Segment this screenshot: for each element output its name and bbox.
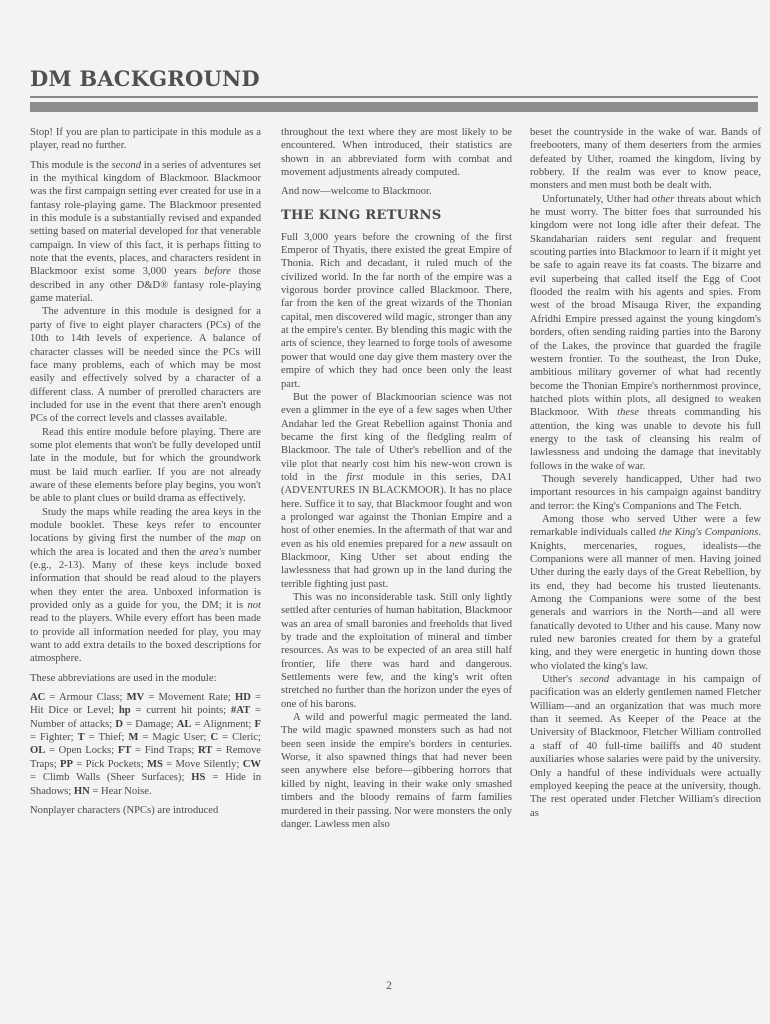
abbreviation-code: C [210, 732, 218, 743]
paragraph-thonia: Full 3,000 years before the crowning of … [281, 231, 512, 391]
abbreviation-meaning: = current hit points; [131, 705, 231, 716]
header-rule-thin [30, 96, 758, 98]
abbreviation-meaning: = Movement Rate; [144, 692, 235, 703]
abbreviation-code: M [128, 732, 138, 743]
abbreviation-entry: PP = Pick Pockets; [60, 759, 147, 770]
abbreviation-code: PP [60, 759, 73, 770]
abbreviation-meaning: = Cleric; [218, 732, 261, 743]
column-left: Stop! If you are plan to participate in … [30, 126, 261, 817]
abbreviation-meaning: = Damage; [123, 719, 177, 730]
abbreviation-code: HS [191, 772, 205, 783]
abbreviation-entry: C = Cleric; [210, 732, 261, 743]
paragraph-fletcher-william: Uther's second advantage in his campaign… [530, 673, 761, 820]
abbreviation-code: T [78, 732, 85, 743]
abbreviation-code: OL [30, 745, 45, 756]
abbreviation-entry: HN = Hear Noise. [74, 786, 152, 797]
abbreviation-code: AL [177, 719, 192, 730]
abbreviation-entry: OL = Open Locks; [30, 745, 118, 756]
abbreviation-code: HN [74, 786, 90, 797]
paragraph-companions: Among those who served Uther were a few … [530, 513, 761, 673]
abbreviation-code: AC [30, 692, 45, 703]
paragraph-npcs: Nonplayer characters (NPCs) are introduc… [30, 804, 261, 817]
abbreviation-entry: D = Damage; [115, 719, 176, 730]
paragraph-rebellion: But the power of Blackmoorian science wa… [281, 391, 512, 591]
abbreviation-meaning: = Move Silently; [163, 759, 243, 770]
abbreviation-meaning: = Hear Noise. [90, 786, 152, 797]
abbreviation-code: F [255, 719, 261, 730]
column-middle: throughout the text where they are most … [281, 126, 512, 831]
paragraph-task: This was no inconsiderable task. Still o… [281, 591, 512, 711]
paragraph-npc-stats: throughout the text where they are most … [281, 126, 512, 179]
abbreviations-list: AC = Armour Class; MV = Movement Rate; H… [30, 691, 261, 798]
abbreviation-code: FT [118, 745, 132, 756]
page-number: 2 [386, 978, 392, 993]
abbreviation-meaning: = Open Locks; [45, 745, 118, 756]
paragraph-freebooters: beset the countryside in the wake of war… [530, 126, 761, 193]
paragraph-welcome: And now—welcome to Blackmoor. [281, 185, 512, 198]
abbreviation-code: MV [127, 692, 145, 703]
abbreviation-meaning: = Thief; [85, 732, 129, 743]
abbreviation-code: D [115, 719, 123, 730]
paragraph-intro: This module is the second in a series of… [30, 159, 261, 306]
page-title: DM BACKGROUND [30, 66, 260, 91]
abbreviation-entry: AL = Alignment; [177, 719, 255, 730]
paragraph-maps: Study the maps while reading the area ke… [30, 506, 261, 666]
abbreviation-code: HD [235, 692, 251, 703]
abbreviation-code: CW [243, 759, 261, 770]
abbreviation-entry: hp = current hit points; [119, 705, 231, 716]
abbreviation-meaning: = Alignment; [191, 719, 254, 730]
abbreviation-code: MS [147, 759, 163, 770]
abbreviation-entry: T = Thief; [78, 732, 129, 743]
abbreviation-entry: AC = Armour Class; [30, 692, 127, 703]
abbreviation-meaning: = Climb Walls (Sheer Surfaces); [30, 772, 191, 783]
abbreviation-meaning: = Pick Pockets; [73, 759, 147, 770]
abbreviation-entry: M = Magic User; [128, 732, 210, 743]
paragraph-read-module: Read this entire module before playing. … [30, 426, 261, 506]
paragraph-resources: Though severely handicapped, Uther had t… [530, 473, 761, 513]
paragraph-warning: Stop! If you are plan to participate in … [30, 126, 261, 153]
abbreviation-meaning: = Find Traps; [131, 745, 198, 756]
paragraph-threats: Unfortunately, Uther had other threats a… [530, 193, 761, 473]
column-right: beset the countryside in the wake of war… [530, 126, 761, 820]
abbreviation-entry: MV = Movement Rate; [127, 692, 235, 703]
abbreviation-entry: FT = Find Traps; [118, 745, 198, 756]
abbreviation-code: #AT [231, 705, 250, 716]
abbreviation-code: RT [198, 745, 212, 756]
abbreviation-meaning: = Magic User; [138, 732, 210, 743]
paragraph-wild-magic: A wild and powerful magic permeated the … [281, 711, 512, 831]
abbreviation-entry: MS = Move Silently; [147, 759, 243, 770]
abbreviation-meaning: = Fighter; [30, 732, 78, 743]
abbreviation-code: hp [119, 705, 131, 716]
section-heading-king-returns: THE KING RETURNS [281, 208, 512, 224]
paragraph-party: The adventure in this module is designed… [30, 305, 261, 425]
header-rule-thick [30, 102, 758, 112]
paragraph-abbreviations-intro: These abbreviations are used in the modu… [30, 672, 261, 685]
abbreviation-meaning: = Armour Class; [45, 692, 126, 703]
